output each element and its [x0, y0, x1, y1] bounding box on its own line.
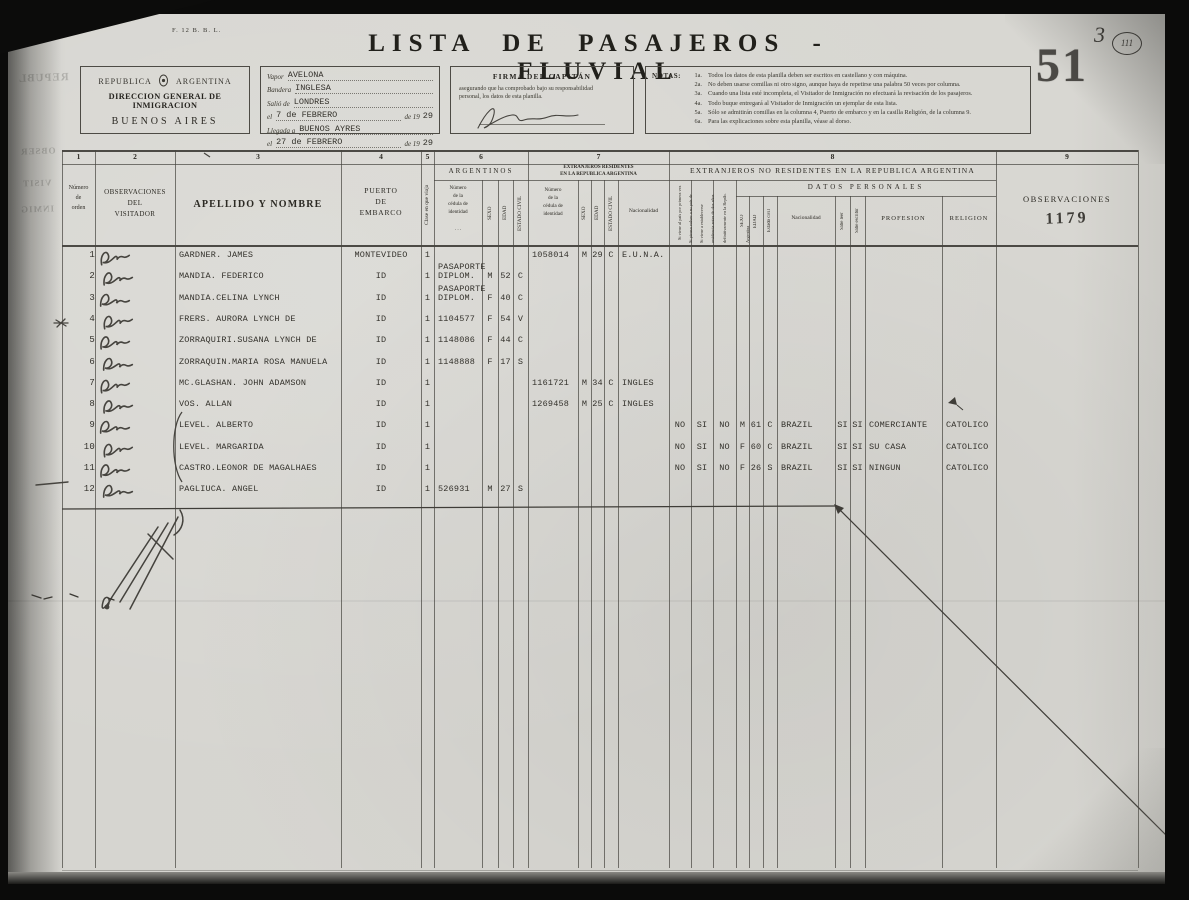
header-cedula: Número: [528, 187, 578, 194]
header-col1: orden: [62, 204, 95, 212]
cell-name: MANDIA.CELINA LYNCH: [175, 293, 345, 303]
cell-n_esc: SI: [850, 442, 865, 452]
header-sexo: SEXO: [482, 184, 498, 242]
cell-port: ID: [341, 293, 421, 303]
cell-a_eda: 27: [498, 484, 513, 494]
column-number: 7: [528, 152, 669, 162]
cell-e_eda: 29: [591, 250, 604, 260]
cell-num: 6: [62, 357, 103, 367]
cell-clase: 1: [421, 399, 434, 409]
cell-n_eda: 60: [749, 442, 763, 452]
cell-num: 9: [62, 420, 103, 430]
cell-port: ID: [341, 399, 421, 409]
scanned-passenger-list: REPUBLOBSERVISITINMIG F. 12 B. B. L. LIS…: [0, 0, 1189, 900]
cell-clase: 1: [421, 484, 434, 494]
cell-e_ced: 1269458: [528, 399, 582, 409]
cell-n_lee: SI: [835, 463, 850, 473]
scan-corner-shade-topright: [1005, 14, 1165, 164]
cell-clase: 1: [421, 314, 434, 324]
header-col1: Número: [62, 184, 95, 192]
cell-num: 8: [62, 399, 103, 409]
cell-n_pro: SU CASA: [865, 442, 946, 452]
cell-clase: 1: [421, 378, 434, 388]
column-number: 5: [421, 152, 434, 162]
cell-num: 5: [62, 335, 103, 345]
header-nacionalidad: Nacionalidad: [777, 215, 835, 222]
cell-name: FRERS. AURORA LYNCH DE: [175, 314, 345, 324]
header-cedula: cédula de: [434, 201, 482, 208]
header-ext-residentes: EN LA REPUBLICA ARGENTINA: [528, 172, 669, 179]
cell-n_lee: SI: [835, 420, 850, 430]
cell-clase: 1: [421, 335, 434, 345]
cell-n_esc: SI: [850, 420, 865, 430]
table-grid-line: [434, 150, 435, 868]
cell-n_pro: NINGUN: [865, 463, 946, 473]
cell-a_eda: 17: [498, 357, 513, 367]
cell-name: ZORRAQUIRI.SUSANA LYNCH DE: [175, 335, 345, 345]
column-number: 4: [341, 152, 421, 162]
cell-port: ID: [341, 484, 421, 494]
header-edad: EDAD: [749, 200, 763, 242]
table-grid-line: [62, 245, 1138, 247]
cell-port: ID: [341, 420, 421, 430]
cell-q1: NO: [669, 463, 691, 473]
table-grid-line: [513, 180, 514, 868]
header-estado-civil: ESTADO CIVIL: [513, 184, 528, 242]
page-bottom-edge: [8, 872, 1165, 884]
table-grid-line: [835, 196, 836, 868]
cell-n_nac: BRAZIL: [777, 442, 839, 452]
cell-name: MANDIA. FEDERICO: [175, 271, 345, 281]
cell-name: LEVEL. MARGARIDA: [175, 442, 345, 452]
header-cedula: Número: [434, 185, 482, 192]
header-estado-civil: Estado civil: [763, 200, 777, 242]
cell-name: LEVEL. ALBERTO: [175, 420, 345, 430]
cell-e_ced: 1058014: [528, 250, 582, 260]
cell-name: CASTRO.LEONOR DE MAGALHAES: [175, 463, 345, 473]
table-grid-line: [62, 870, 1138, 871]
cell-a_est: C: [513, 293, 528, 303]
cell-n_est: C: [763, 420, 777, 430]
cell-name: VOS. ALLAN: [175, 399, 345, 409]
header-col2: VISITADOR: [95, 210, 175, 219]
cell-a_sex: F: [482, 314, 498, 324]
table-grid-line: [736, 196, 996, 197]
table-grid-line: [591, 180, 592, 868]
header-edad: EDAD: [498, 184, 513, 242]
cell-e_eda: 25: [591, 399, 604, 409]
cell-e_sex: M: [578, 250, 591, 260]
cell-a_eda: 40: [498, 293, 513, 303]
header-cedula: de la: [434, 193, 482, 200]
cell-port: ID: [341, 314, 421, 324]
table-grid-line: [749, 196, 750, 868]
scan-corner-shade-bottomright: [995, 748, 1165, 878]
cell-n_pro: COMERCIANTE: [865, 420, 946, 430]
column-number: 3: [175, 152, 341, 162]
cell-n_nac: BRAZIL: [777, 420, 839, 430]
cell-a_ced: PASAPORTEDIPLOM.: [434, 285, 486, 303]
cell-name: PAGLIUCA. ANGEL: [175, 484, 345, 494]
cell-port: MONTEVIDEO: [341, 250, 421, 260]
cell-n_sex: F: [736, 442, 749, 452]
cell-a_eda: 52: [498, 271, 513, 281]
header-estado-civil: ESTADO CIVIL: [604, 184, 618, 242]
header-profesion: PROFESION: [865, 215, 942, 224]
header-cedula-dots: . . .: [434, 226, 482, 233]
cell-clase: 1: [421, 357, 434, 367]
cell-n_sex: F: [736, 463, 749, 473]
cell-a_sex: F: [482, 293, 498, 303]
table-grid-line: [691, 180, 692, 868]
cell-q2: SI: [691, 442, 713, 452]
cell-port: ID: [341, 463, 421, 473]
cell-name: GARDNER. JAMES: [175, 250, 345, 260]
column-number: 2: [95, 152, 175, 162]
cell-q3: NO: [713, 463, 736, 473]
cell-n_est: C: [763, 442, 777, 452]
header-col4: DE: [341, 197, 421, 207]
header-argentinos: ARGENTINOS: [434, 167, 528, 176]
cell-a_ced: 526931: [434, 484, 486, 494]
table-grid-line: [434, 180, 996, 181]
cell-q3: NO: [713, 420, 736, 430]
cell-n_eda: 61: [749, 420, 763, 430]
cell-a_est: C: [513, 335, 528, 345]
observaciones-number-stamp: 1179: [996, 206, 1139, 233]
cell-n_lee: SI: [835, 442, 850, 452]
header-nacionalidad: Nacionalidad: [618, 208, 669, 215]
cell-e_est: C: [604, 399, 618, 409]
header-q3: Si viene a establecerse definitivamente …: [713, 182, 736, 243]
header-sexo: SEXO: [736, 200, 749, 242]
document-page: REPUBLOBSERVISITINMIG F. 12 B. B. L. LIS…: [8, 14, 1165, 878]
cell-a_sex: F: [482, 357, 498, 367]
cell-q1: NO: [669, 420, 691, 430]
table-grid-line: [942, 196, 943, 868]
cell-a_ced: 1104577: [434, 314, 486, 324]
cell-a_eda: 44: [498, 335, 513, 345]
cell-e_eda: 34: [591, 378, 604, 388]
table-grid-line: [777, 196, 778, 868]
cell-q1: NO: [669, 442, 691, 452]
cell-port: ID: [341, 271, 421, 281]
table-grid-line: [604, 180, 605, 868]
cell-a_est: S: [513, 484, 528, 494]
cell-num: 10: [62, 442, 103, 452]
header-cedula: identidad: [528, 211, 578, 218]
cell-n_eda: 26: [749, 463, 763, 473]
cell-e_nac: E.U.N.A.: [618, 250, 673, 260]
passenger-table: 123456789NúmerodeordenOBSERVACIONESDELVI…: [8, 14, 1165, 878]
cell-a_eda: 54: [498, 314, 513, 324]
cell-num: 2: [62, 271, 103, 281]
cell-e_ced: 1161721: [528, 378, 582, 388]
cell-a_sex: F: [482, 335, 498, 345]
cell-name: ZORRAQUIN.MARIA ROSA MANUELA: [175, 357, 345, 367]
cell-port: ID: [341, 442, 421, 452]
header-ext-residentes: EXTRANJEROS RESIDENTES: [528, 165, 669, 172]
header-col1: de: [62, 194, 95, 202]
header-cedula: identidad: [434, 209, 482, 216]
table-grid-line: [713, 180, 714, 868]
cell-n_esc: SI: [850, 463, 865, 473]
header-sabe-leer: Sabe leer: [835, 200, 850, 242]
cell-clase: 1: [421, 420, 434, 430]
header-col2: DEL: [95, 199, 175, 208]
cell-name: MC.GLASHAN. JOHN ADAMSON: [175, 378, 345, 388]
cell-clase: 1: [421, 293, 434, 303]
cell-e_est: C: [604, 378, 618, 388]
cell-e_sex: M: [578, 399, 591, 409]
cell-n_rel: CATOLICO: [942, 420, 1000, 430]
header-cedula: cédula de: [528, 203, 578, 210]
column-number: 8: [669, 152, 996, 162]
table-grid-line: [498, 180, 499, 868]
header-sabe-escribir: Sabe escribir: [850, 200, 865, 242]
cell-a_ced: 1148888: [434, 357, 486, 367]
header-ext-no-residentes: EXTRANJEROS NO RESIDENTES EN LA REPUBLIC…: [669, 166, 996, 176]
cell-e_nac: INGLES: [618, 399, 673, 409]
column-number: 6: [434, 152, 528, 162]
cell-num: 4: [62, 314, 103, 324]
cell-a_sex: M: [482, 484, 498, 494]
cell-port: ID: [341, 378, 421, 388]
cell-a_ced: 1148086: [434, 335, 486, 345]
cell-n_rel: CATOLICO: [942, 463, 1000, 473]
table-grid-line: [865, 196, 866, 868]
table-grid-line: [618, 180, 619, 868]
cell-clase: 1: [421, 442, 434, 452]
cell-n_est: S: [763, 463, 777, 473]
cell-clase: 1: [421, 271, 434, 281]
cell-a_ced: PASAPORTEDIPLOM.: [434, 263, 486, 281]
header-col4: EMBARCO: [341, 208, 421, 218]
cell-q2: SI: [691, 420, 713, 430]
header-datos-personales: DATOS PERSONALES: [736, 183, 996, 192]
cell-num: 12: [62, 484, 103, 494]
table-grid-line: [850, 196, 851, 868]
cell-n_rel: CATOLICO: [942, 442, 1000, 452]
header-cedula: de la: [528, 195, 578, 202]
cell-e_nac: INGLES: [618, 378, 673, 388]
header-religion: RELIGION: [942, 215, 996, 224]
cell-num: 1: [62, 250, 103, 260]
cell-q3: NO: [713, 442, 736, 452]
header-sexo: SEXO: [578, 184, 591, 242]
table-grid-line: [578, 180, 579, 868]
header-edad: EDAD: [591, 184, 604, 242]
table-grid-line: [736, 180, 737, 868]
header-col3: APELLIDO Y NOMBRE: [175, 198, 341, 212]
cell-n_sex: M: [736, 420, 749, 430]
cell-port: ID: [341, 335, 421, 345]
cell-a_sex: M: [482, 271, 498, 281]
cell-q2: SI: [691, 463, 713, 473]
cell-a_est: S: [513, 357, 528, 367]
cell-num: 3: [62, 293, 103, 303]
cell-clase: 1: [421, 463, 434, 473]
cell-num: 11: [62, 463, 103, 473]
header-clase-viaja: Clase en que viaja: [421, 168, 434, 241]
header-col2: OBSERVACIONES: [95, 188, 175, 197]
header-col4: PUERTO: [341, 186, 421, 196]
cell-e_sex: M: [578, 378, 591, 388]
cell-a_est: C: [513, 271, 528, 281]
table-grid-line: [763, 196, 764, 868]
cell-clase: 1: [421, 250, 434, 260]
cell-e_est: C: [604, 250, 618, 260]
cell-n_nac: BRAZIL: [777, 463, 839, 473]
column-number: 1: [62, 152, 95, 162]
header-observaciones: OBSERVACIONES: [996, 194, 1138, 205]
cell-num: 7: [62, 378, 103, 388]
cell-a_est: V: [513, 314, 528, 324]
cell-port: ID: [341, 357, 421, 367]
